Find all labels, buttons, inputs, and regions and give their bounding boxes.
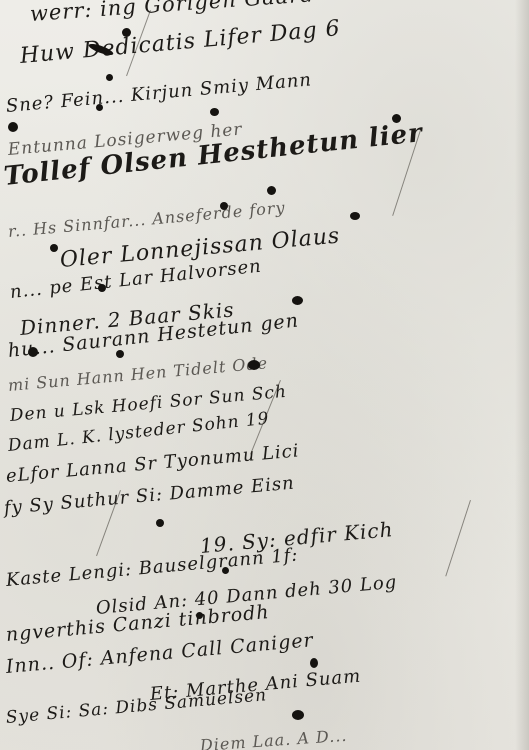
pen-stroke (445, 500, 471, 576)
ink-blot (392, 114, 401, 123)
ink-blot (28, 347, 38, 357)
ink-blot (156, 519, 164, 527)
ink-blot (210, 108, 219, 116)
ink-blot (350, 212, 360, 220)
ink-blot (98, 284, 106, 292)
ink-blot (122, 28, 131, 37)
ink-blot (222, 567, 229, 574)
ink-blot (50, 244, 58, 252)
ink-blot (292, 710, 304, 720)
ink-blot (96, 104, 103, 111)
document-page: werr: ing Gorigen Gaard Huw Dedicatis Li… (0, 0, 529, 750)
ink-blot (310, 658, 318, 668)
ink-blot (248, 360, 260, 370)
handwritten-line-22: Sye Si: Sa: Dibs Samuelsen (5, 685, 268, 728)
handwritten-line-3: Sne? Fein... Kirjun Smiy Mann (5, 69, 313, 117)
ink-blot (196, 612, 203, 619)
handwritten-line-23: Diem Laa. A D... (199, 726, 348, 750)
ink-blot (8, 122, 18, 132)
ink-blot (292, 296, 303, 305)
page-edge-shadow (515, 0, 529, 750)
ink-blot (116, 350, 124, 358)
handwritten-line-2: Huw Dedicatis Lifer Dag 6 (19, 16, 342, 69)
ink-blot (220, 202, 228, 210)
ink-blot (106, 74, 113, 81)
ink-blot (267, 186, 276, 195)
